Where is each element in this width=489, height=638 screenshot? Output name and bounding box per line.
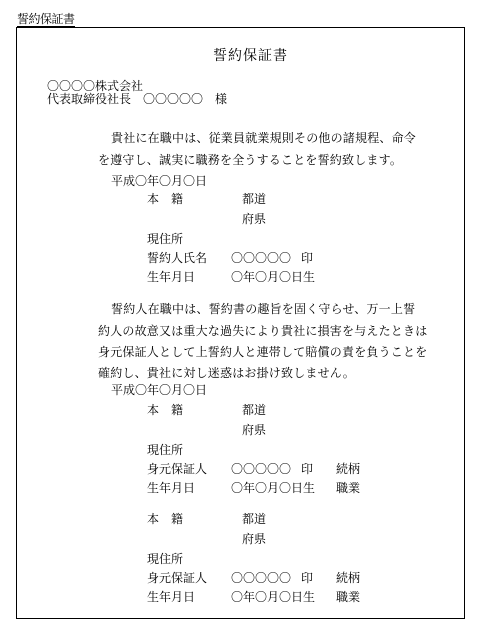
guarantor-1-name-value: 〇〇〇〇〇 — [231, 462, 291, 476]
pledge-date: 平成〇年〇月〇日 — [111, 174, 207, 188]
guarantor-2-todo: 都道 — [242, 512, 266, 526]
pledger-name-value: 〇〇〇〇〇 — [231, 251, 291, 265]
guarantee-date: 平成〇年〇月〇日 — [111, 383, 207, 397]
guarantor-1-relation-label: 続柄 — [336, 462, 360, 476]
guarantor-2-fuken: 府県 — [242, 532, 266, 546]
guarantor-1-address-label: 現住所 — [147, 443, 183, 457]
guarantee-paragraph-line-4: 確約し、貴社に対し迷惑はお掛け致しません。 — [98, 362, 355, 384]
guarantor-1-seal: 印 — [301, 462, 313, 476]
guarantor-2-relation-label: 続柄 — [336, 571, 360, 585]
pledger-birth-label: 生年月日 — [147, 270, 195, 284]
guarantor-2-birth-value: 〇年〇月〇日生 — [231, 590, 315, 604]
guarantor-2-name-label: 身元保証人 — [147, 571, 207, 585]
guarantee-paragraph-line-3: 身元保証人として上誓約人と連帯して賠償の責を負うことを — [98, 341, 427, 363]
pledger-todo: 都道 — [242, 192, 266, 206]
guarantor-1-occupation-label: 職業 — [336, 481, 360, 495]
document-title: 誓約保証書 — [213, 48, 288, 64]
guarantor-1-fuken: 府県 — [242, 423, 266, 437]
pledger-birth-value: 〇年〇月〇日生 — [231, 270, 315, 284]
pledger-fuken: 府県 — [242, 212, 266, 226]
pledger-name-label: 誓約人氏名 — [147, 251, 207, 265]
addressee-representative: 代表取締役社長 〇〇〇〇〇 様 — [47, 92, 227, 106]
guarantor-2-occupation-label: 職業 — [336, 590, 360, 604]
guarantee-paragraph-line-1: 誓約人在職中は、誓約書の趣旨を固く守らせ、万一上誓 — [111, 298, 415, 320]
guarantor-2-birth-label: 生年月日 — [147, 590, 195, 604]
pledge-paragraph-line-2: を遵守し、誠実に職務を全うすることを誓約致します。 — [98, 149, 402, 171]
guarantor-2-name-value: 〇〇〇〇〇 — [231, 571, 291, 585]
guarantor-1-honseki-label: 本 籍 — [147, 403, 183, 417]
pledger-address-label: 現住所 — [147, 232, 183, 246]
guarantor-1-birth-value: 〇年〇月〇日生 — [231, 481, 315, 495]
pledger-honseki-label: 本 籍 — [147, 192, 183, 206]
guarantor-1-todo: 都道 — [242, 403, 266, 417]
guarantor-2-address-label: 現住所 — [147, 552, 183, 566]
guarantor-1-name-label: 身元保証人 — [147, 462, 207, 476]
pledge-paragraph-line-1: 貴社に在職中は、従業員就業規則その他の諸規程、命令 — [111, 127, 416, 149]
pledger-seal: 印 — [301, 251, 313, 265]
addressee-company: 〇〇〇〇株式会社 — [47, 79, 143, 93]
sheet-label: 誓約保証書 — [17, 12, 75, 27]
guarantor-1-birth-label: 生年月日 — [147, 481, 195, 495]
guarantor-2-honseki-label: 本 籍 — [147, 512, 183, 526]
guarantee-paragraph-line-2: 約人の故意又は重大な過失により貴社に損害を与えたときは — [98, 320, 427, 342]
guarantor-2-seal: 印 — [301, 571, 313, 585]
